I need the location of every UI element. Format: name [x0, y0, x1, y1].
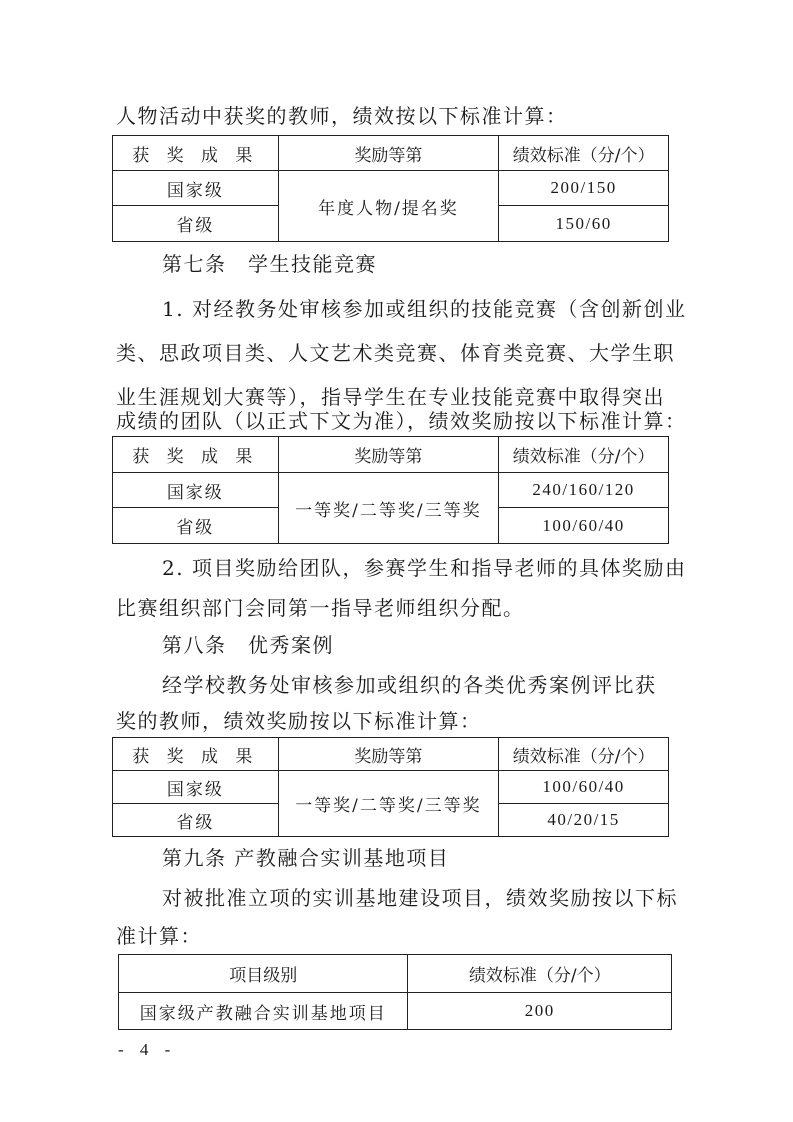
- article7-paragraph1-line2: 类、思政项目类、人文艺术类竞赛、体育类竞赛、大学生职: [116, 341, 675, 365]
- table-row: 国家级 一等奖/二等奖/三等奖 100/60/40: [113, 771, 669, 804]
- level-cell: 省级: [113, 508, 279, 544]
- award-cell: 一等奖/二等奖/三等奖: [278, 771, 499, 837]
- article7-title: 第七条 学生技能竞赛: [162, 252, 377, 276]
- article8-title: 第八条 优秀案例: [162, 633, 334, 657]
- level-cell: 省级: [113, 804, 279, 837]
- header-project-level: 项目级别: [119, 955, 408, 993]
- score-cell: 100/60/40: [499, 771, 669, 804]
- level-cell: 国家级: [113, 473, 279, 508]
- award-cell: 一等奖/二等奖/三等奖: [278, 473, 499, 544]
- header-score-standard: 绩效标准（分/个）: [499, 437, 669, 473]
- article8-paragraph1-line1: 经学校教务处审核参加或组织的各类优秀案例评比获: [162, 673, 657, 697]
- article8-paragraph1-line2: 奖的教师，绩效奖励按以下标准计算：: [116, 709, 482, 733]
- header-score-standard: 绩效标准（分/个）: [499, 738, 669, 771]
- article7-paragraph2-line2: 比赛组织部门会同第一指导老师组织分配。: [116, 596, 525, 620]
- header-achievement: 获 奖 成 果: [113, 136, 279, 171]
- award-table-excellent-cases: 获 奖 成 果 奖励等第 绩效标准（分/个） 国家级 一等奖/二等奖/三等奖 1…: [112, 737, 669, 837]
- score-cell: 100/60/40: [499, 508, 669, 544]
- header-award-grade: 奖励等第: [278, 136, 499, 171]
- table-row: 国家级产教融合实训基地项目 200: [119, 993, 672, 1030]
- table-row: 国家级 年度人物/提名奖 200/150: [113, 171, 669, 206]
- project-cell: 国家级产教融合实训基地项目: [119, 993, 408, 1030]
- article7-paragraph1-line1: 1. 对经教务处审核参加或组织的技能竞赛（含创新创业: [162, 297, 686, 321]
- award-table-person-of-year: 获 奖 成 果 奖励等第 绩效标准（分/个） 国家级 年度人物/提名奖 200/…: [112, 135, 669, 242]
- level-cell: 国家级: [113, 171, 279, 206]
- header-achievement: 获 奖 成 果: [113, 437, 279, 473]
- article7-paragraph1-line3: 业生涯规划大赛等），指导学生在专业技能竞赛中取得突出: [116, 385, 665, 409]
- award-cell: 年度人物/提名奖: [278, 171, 499, 242]
- article7-paragraph1-line4: 成绩的团队（以正式下文为准），绩效奖励按以下标准计算：: [116, 409, 687, 433]
- score-cell: 200/150: [499, 171, 669, 206]
- level-cell: 省级: [113, 206, 279, 242]
- header-score-standard: 绩效标准（分/个）: [408, 955, 672, 993]
- header-award-grade: 奖励等第: [278, 738, 499, 771]
- award-table-skills-competition: 获 奖 成 果 奖励等第 绩效标准（分/个） 国家级 一等奖/二等奖/三等奖 2…: [112, 436, 669, 544]
- header-score-standard: 绩效标准（分/个）: [499, 136, 669, 171]
- intro-text: 人物活动中获奖的教师，绩效按以下标准计算：: [116, 104, 568, 128]
- score-cell: 150/60: [499, 206, 669, 242]
- header-award-grade: 奖励等第: [278, 437, 499, 473]
- score-cell: 200: [408, 993, 672, 1030]
- header-achievement: 获 奖 成 果: [113, 738, 279, 771]
- page-number: - 4 -: [118, 1040, 176, 1060]
- score-cell: 40/20/15: [499, 804, 669, 837]
- article9-title: 第九条 产教融合实训基地项目: [162, 846, 449, 870]
- level-cell: 国家级: [113, 771, 279, 804]
- score-cell: 240/160/120: [499, 473, 669, 508]
- article7-paragraph2-line1: 2. 项目奖励给团队，参赛学生和指导老师的具体奖励由: [162, 556, 686, 580]
- table-row: 国家级 一等奖/二等奖/三等奖 240/160/120: [113, 473, 669, 508]
- project-table-training-base: 项目级别 绩效标准（分/个） 国家级产教融合实训基地项目 200: [118, 954, 672, 1030]
- article9-paragraph1-line2: 准计算：: [116, 924, 202, 948]
- article9-paragraph1-line1: 对被批准立项的实训基地建设项目，绩效奖励按以下标: [162, 886, 678, 910]
